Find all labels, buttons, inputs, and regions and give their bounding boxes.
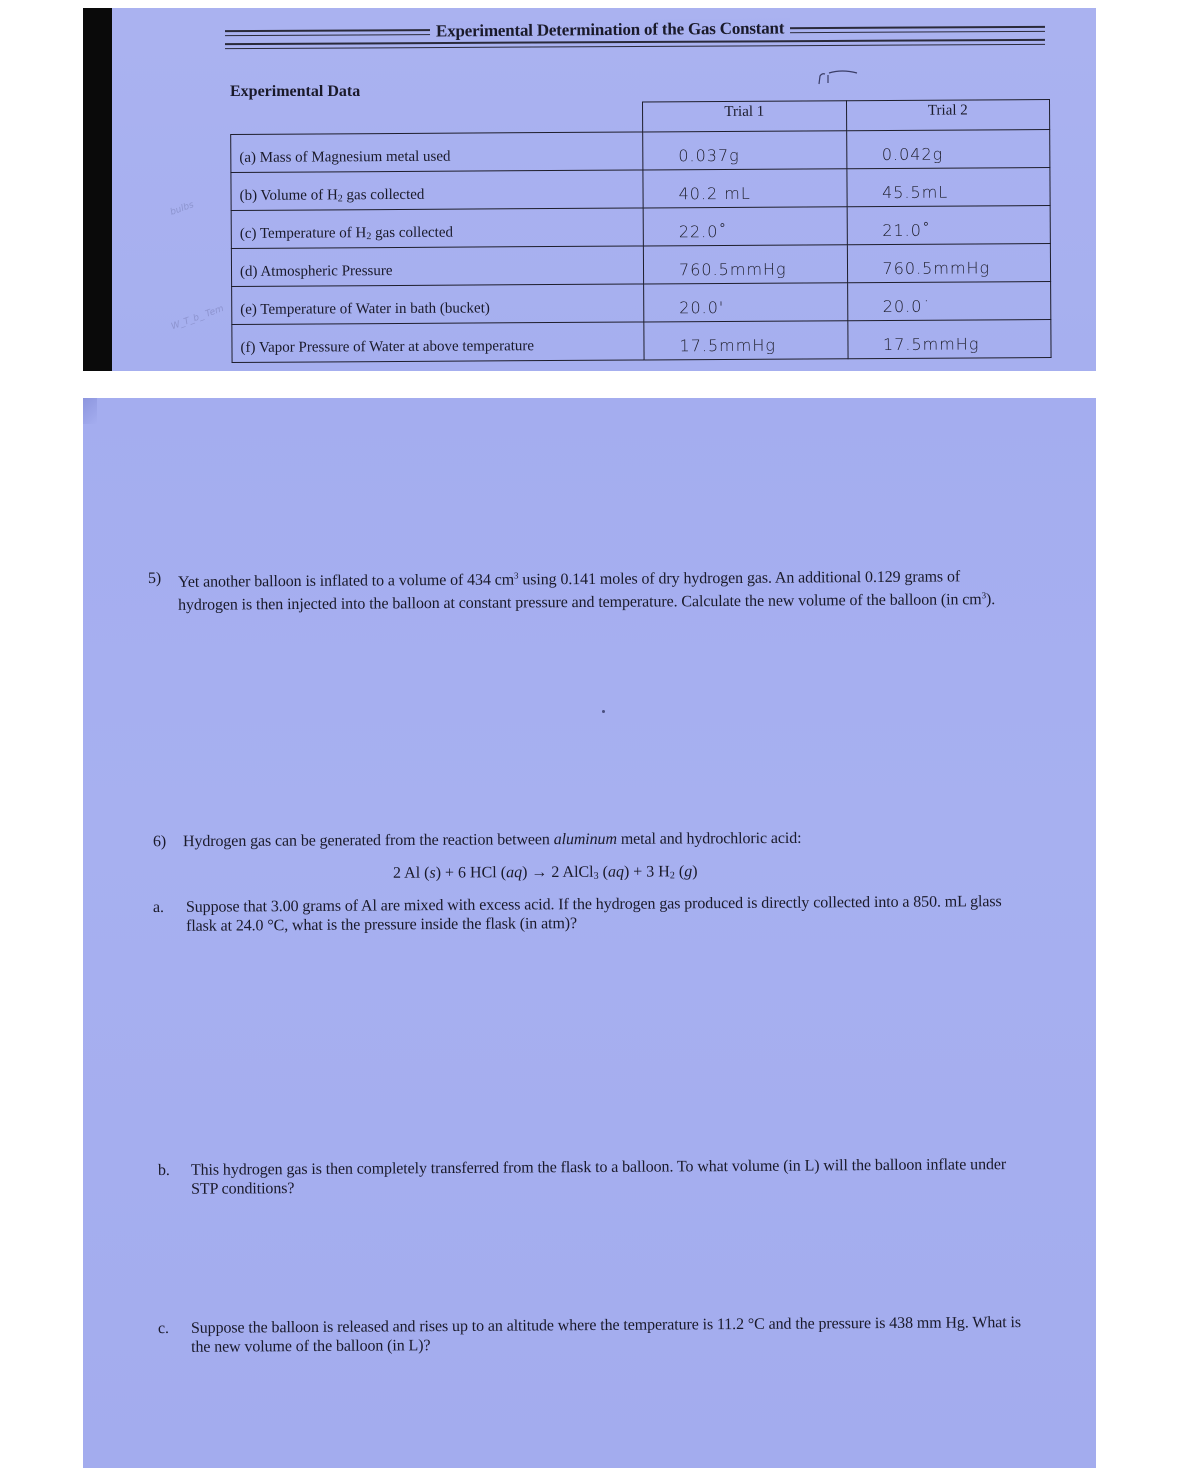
experimental-data-table: Trial 1 Trial 2 (a) Mass of Magnesium me… — [230, 99, 1052, 363]
question-6c: c. Suppose the balloon is released and r… — [158, 1313, 1038, 1357]
trial-1-value: 40.2 mL — [643, 168, 847, 207]
subquestion-text: Suppose that 3.00 grams of Al are mixed … — [186, 892, 1023, 936]
top-photo: Experimental Determination of the Gas Co… — [83, 8, 1096, 371]
table-row: (c) Temperature of H2 gas collected 22.0… — [231, 205, 1050, 248]
section-title: Experimental Data — [230, 83, 360, 101]
trial-2-value: 760.5mmHg — [847, 243, 1051, 282]
table-row: (f) Vapor Pressure of Water at above tem… — [232, 319, 1051, 362]
trial-2-value: 45.5mL — [846, 167, 1050, 206]
chemical-equation: 2 Al (s) + 6 HCl (aq) → 2 AlCl3 (aq) + 3… — [393, 863, 698, 883]
row-label: (a) Mass of Magnesium metal used — [231, 131, 643, 172]
subquestion-letter: b. — [158, 1161, 170, 1180]
header-trial-1: Trial 1 — [642, 101, 846, 132]
title-rule-bottom — [225, 39, 1045, 49]
subquestion-letter: c. — [158, 1319, 169, 1338]
header-trial-2: Trial 2 — [846, 99, 1050, 130]
photo-dark-edge — [83, 8, 112, 371]
page-corner-shadow — [83, 398, 97, 424]
table-row: (b) Volume of H2 gas collected 40.2 mL 4… — [231, 167, 1050, 210]
trial-2-value: 20.0˙ — [847, 281, 1051, 320]
table-row: (e) Temperature of Water in bath (bucket… — [232, 281, 1051, 324]
faint-margin-note: W_T_b_ Tem — [170, 304, 225, 332]
paper-speck — [602, 710, 605, 713]
question-5: 5) Yet another balloon is inflated to a … — [148, 563, 1018, 615]
pen-scribble-mark — [817, 70, 859, 86]
question-6b: b. This hydrogen gas is then completely … — [158, 1155, 1028, 1199]
row-label: (e) Temperature of Water in bath (bucket… — [232, 283, 644, 324]
subquestion-text: This hydrogen gas is then completely tra… — [191, 1155, 1028, 1199]
trial-2-value: 21.0˚ — [847, 205, 1051, 244]
subquestion-letter: a. — [153, 898, 164, 917]
question-6a: a. Suppose that 3.00 grams of Al are mix… — [153, 892, 1023, 936]
trial-1-value: 17.5mmHg — [644, 320, 848, 359]
header-blank-cell — [231, 102, 643, 134]
table-row: (a) Mass of Magnesium metal used 0.037g … — [231, 129, 1050, 172]
bottom-photo: 5) Yet another balloon is inflated to a … — [83, 398, 1096, 1468]
trial-2-value: 17.5mmHg — [847, 319, 1051, 358]
question-number: 5) — [148, 569, 161, 588]
row-label: (b) Volume of H2 gas collected — [231, 169, 643, 210]
question-number: 6) — [153, 832, 166, 851]
subquestion-text: Suppose the balloon is released and rise… — [191, 1313, 1038, 1357]
question-text: Yet another balloon is inflated to a vol… — [178, 563, 1018, 615]
trial-1-value: 0.037g — [643, 130, 847, 169]
question-text: Hydrogen gas can be generated from the r… — [183, 828, 1023, 851]
row-label: (f) Vapor Pressure of Water at above tem… — [232, 321, 644, 362]
table-row: (d) Atmospheric Pressure 760.5mmHg 760.5… — [231, 243, 1050, 286]
trial-1-value: 760.5mmHg — [643, 244, 847, 283]
trial-1-value: 22.0˚ — [643, 206, 847, 245]
row-label: (c) Temperature of H2 gas collected — [231, 207, 643, 248]
row-label: (d) Atmospheric Pressure — [231, 245, 643, 286]
document-title: Experimental Determination of the Gas Co… — [430, 18, 790, 41]
trial-2-value: 0.042g — [846, 129, 1050, 168]
faint-margin-note: bulbs — [169, 200, 195, 218]
worksheet-page-top: Experimental Determination of the Gas Co… — [112, 8, 1096, 371]
trial-1-value: 20.0' — [644, 282, 848, 321]
question-6: 6) Hydrogen gas can be generated from th… — [153, 828, 1023, 852]
